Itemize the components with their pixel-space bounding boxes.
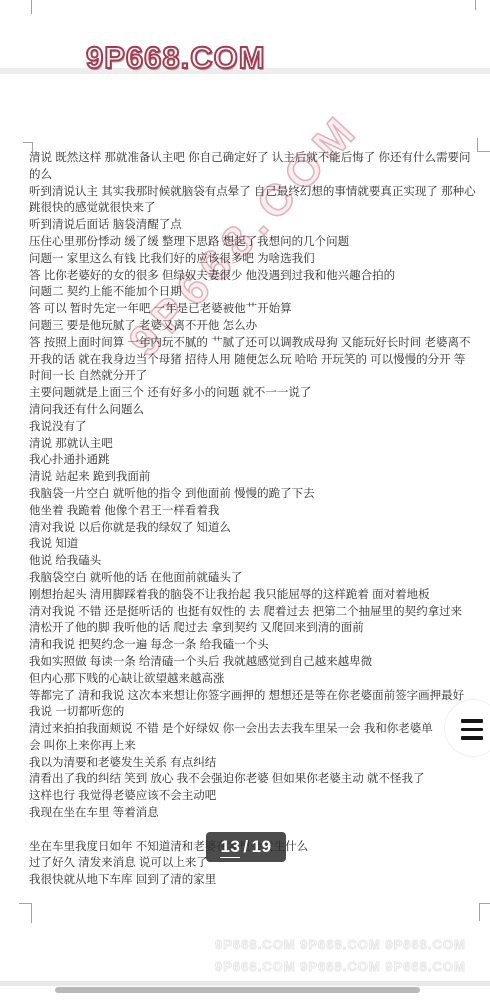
document-line: 清对我说 不错 还是挺听话的 也挺有奴性的 去 爬着过去 把第二个抽屉里的契约拿… bbox=[29, 604, 481, 621]
document-line: 清和我说 把契约念一遍 每念一条 给我磕一个头 bbox=[29, 637, 481, 654]
document-line: 会 叫你上来你再上来 bbox=[29, 738, 481, 755]
document-line: 他坐着 我跪着 他像个君王一样看着我 bbox=[29, 503, 481, 520]
document-line: 的么 bbox=[29, 167, 481, 184]
document-text-area[interactable]: 清说 既然这样 那就准备认主吧 你自己确定好了 认主后就不能后悔了 你还有什么需… bbox=[29, 150, 481, 889]
page-indicator-badge: 13 / 19 bbox=[206, 832, 286, 862]
document-line: 清过来拍拍我面颊说 不错 是个好绿奴 你一会出去去我车里呆一会 我和你老婆单 bbox=[29, 721, 481, 738]
document-line: 问题三 要是他玩腻了 老婆又离不开他 怎么办 bbox=[29, 318, 481, 335]
document-line: 我脑袋一片空白 就听他的指令 到他面前 慢慢的跪了下去 bbox=[29, 486, 481, 503]
document-line: 开我的话 就在我身边当个母猪 招待人用 随便怎么玩 哈哈 开玩笑的 可以慢慢的分… bbox=[29, 352, 481, 369]
document-line: 我现在坐在车里 等着消息 bbox=[29, 805, 481, 822]
document-line: 主要问题就是上面三个 还有好多小的问题 就不一一说了 bbox=[29, 385, 481, 402]
prev-page-corner-mark-right bbox=[475, 0, 476, 10]
document-line: 这样也行 我觉得老婆应该不会主动吧 bbox=[29, 788, 481, 805]
document-line: 他说 给我磕头 bbox=[29, 553, 481, 570]
document-line: 我说 一切都听您的 bbox=[29, 704, 481, 721]
text-boundary-corner-bottom-right bbox=[479, 903, 490, 921]
document-line: 我心扑通扑通跳 bbox=[29, 452, 481, 469]
page-gap-divider-bottom bbox=[0, 981, 490, 986]
document-line: 清看出了我的纠结 笑到 放心 我不会强迫你老婆 但如果你老婆主动 就不怪我了 bbox=[29, 771, 481, 788]
horizontal-scrollbar-thumb[interactable] bbox=[55, 987, 420, 993]
document-line: 时间一长 自然就分开了 bbox=[29, 368, 481, 385]
document-line: 刚想抬起头 清用脚踩着我的脑袋不让我抬起 我只能屈辱的这样跪着 面对着地板 bbox=[29, 587, 481, 604]
page-separator: / bbox=[243, 837, 248, 857]
document-line: 我很快就从地下车库 回到了清的家里 bbox=[29, 872, 481, 889]
document-line: 我如实照做 每读一条 给清磕一个头后 我就越感觉到自己越来越卑微 bbox=[29, 654, 481, 671]
total-page-count: 19 bbox=[252, 837, 272, 857]
document-line: 我以为清要和老婆发生关系 有点纠结 bbox=[29, 755, 481, 772]
prev-page-corner-mark-left bbox=[31, 0, 32, 14]
site-watermark-top: 9P668.COM bbox=[86, 40, 266, 76]
document-line: 压住心里那份悸动 缓了缓 整理下思路 想起了我想问的几个问题 bbox=[29, 234, 481, 251]
document-line: 清对我说 以后你就是我的绿奴了 知道么 bbox=[29, 520, 481, 537]
document-line: 清说 那就认主吧 bbox=[29, 436, 481, 453]
document-line: 问题二 契约上能不能加个日期 bbox=[29, 284, 481, 301]
text-boundary-corner-bottom-left bbox=[19, 903, 32, 923]
current-page-number: 13 bbox=[220, 837, 240, 858]
document-line: 答 比你老婆好的女的很多 但绿奴夫妻很少 他没遇到过我和他兴趣合拍的 bbox=[29, 268, 481, 285]
site-watermark-faint-row-2: 9P668.COM 9P668.COM 9P668.COM bbox=[215, 959, 466, 974]
document-line: 清问我还有什么问题么 bbox=[29, 402, 481, 419]
document-line: 清说 站起来 跪到我面前 bbox=[29, 469, 481, 486]
document-line: 我说没有了 bbox=[29, 419, 481, 436]
document-line: 清说 既然这样 那就准备认主吧 你自己确定好了 认主后就不能后悔了 你还有什么需… bbox=[29, 150, 481, 167]
document-line: 我脑袋空白 就听他的话 在他面前就磕头了 bbox=[29, 570, 481, 587]
document-line: 问题一 家里这么有钱 比我们好的应该很多吧 为啥选我们 bbox=[29, 251, 481, 268]
site-watermark-faint-row-1: 9P668.COM 9P668.COM 9P668.COM bbox=[215, 937, 466, 952]
document-line: 听到清说后面话 脑袋清醒了点 bbox=[29, 217, 481, 234]
document-line: 等都完了 清和我说 这次本来想让你签字画押的 想想还是等在你老婆面前签字画押最好 bbox=[29, 688, 481, 705]
document-line: 答 按照上面时间算 一年内玩不腻的 艹腻了还可以调教成母狗 又能玩好长时间 老婆… bbox=[29, 335, 481, 352]
document-line: 跳很快的感觉就很快来了 bbox=[29, 200, 481, 217]
document-line: 清松开了他的脚 我听他的话 爬过去 拿到契约 又爬回来到清的面前 bbox=[29, 620, 481, 637]
doc-viewer-screen: 9P668.COM 9P668.COM 清说 既然这样 那就准备认主吧 你自己确… bbox=[0, 0, 490, 1000]
document-line: 听到清说认主 其实我那时候就脑袋有点晕了 自己最终幻想的事情就要真正实现了 那种… bbox=[29, 184, 481, 201]
document-line: 但内心那下贱的心缺让欲望越来越高涨 bbox=[29, 671, 481, 688]
document-line: 答 可以 暂时先定一年吧 一年是已老婆被他艹开始算 bbox=[29, 301, 481, 318]
document-line: 我说 知道 bbox=[29, 536, 481, 553]
